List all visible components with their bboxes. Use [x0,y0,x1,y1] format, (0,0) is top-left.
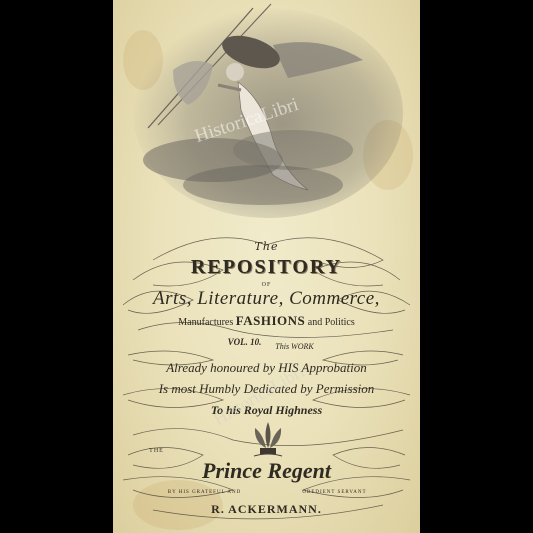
obedient-line: OBEDIENT SERVANT [181,490,420,495]
main-title: REPOSITORY [113,256,420,279]
dedicatee: Prince Regent [113,458,420,484]
royal-highness-line: To his Royal Highness [113,403,420,418]
the-small: THE [113,448,310,454]
prince-of-wales-feathers-icon [251,420,285,460]
subjects-line: Arts, Literature, Commerce, [113,288,420,310]
title-the: The [113,240,420,253]
subtitle-suffix: and Politics [308,317,355,328]
subtitle-emphasis: FASHIONS [236,313,306,328]
subtitle-prefix: Manufactures [178,317,233,328]
title-page: HistoricaLibri The REPOSITORY OF Arts, L… [113,0,420,533]
subtitle-line: Manufactures FASHIONS and Politics [113,313,420,329]
honoured-line: Already honoured by HIS Approbation [113,360,420,376]
publisher-name: R. ACKERMANN. [113,502,420,517]
this-work: This WORK [141,342,420,351]
